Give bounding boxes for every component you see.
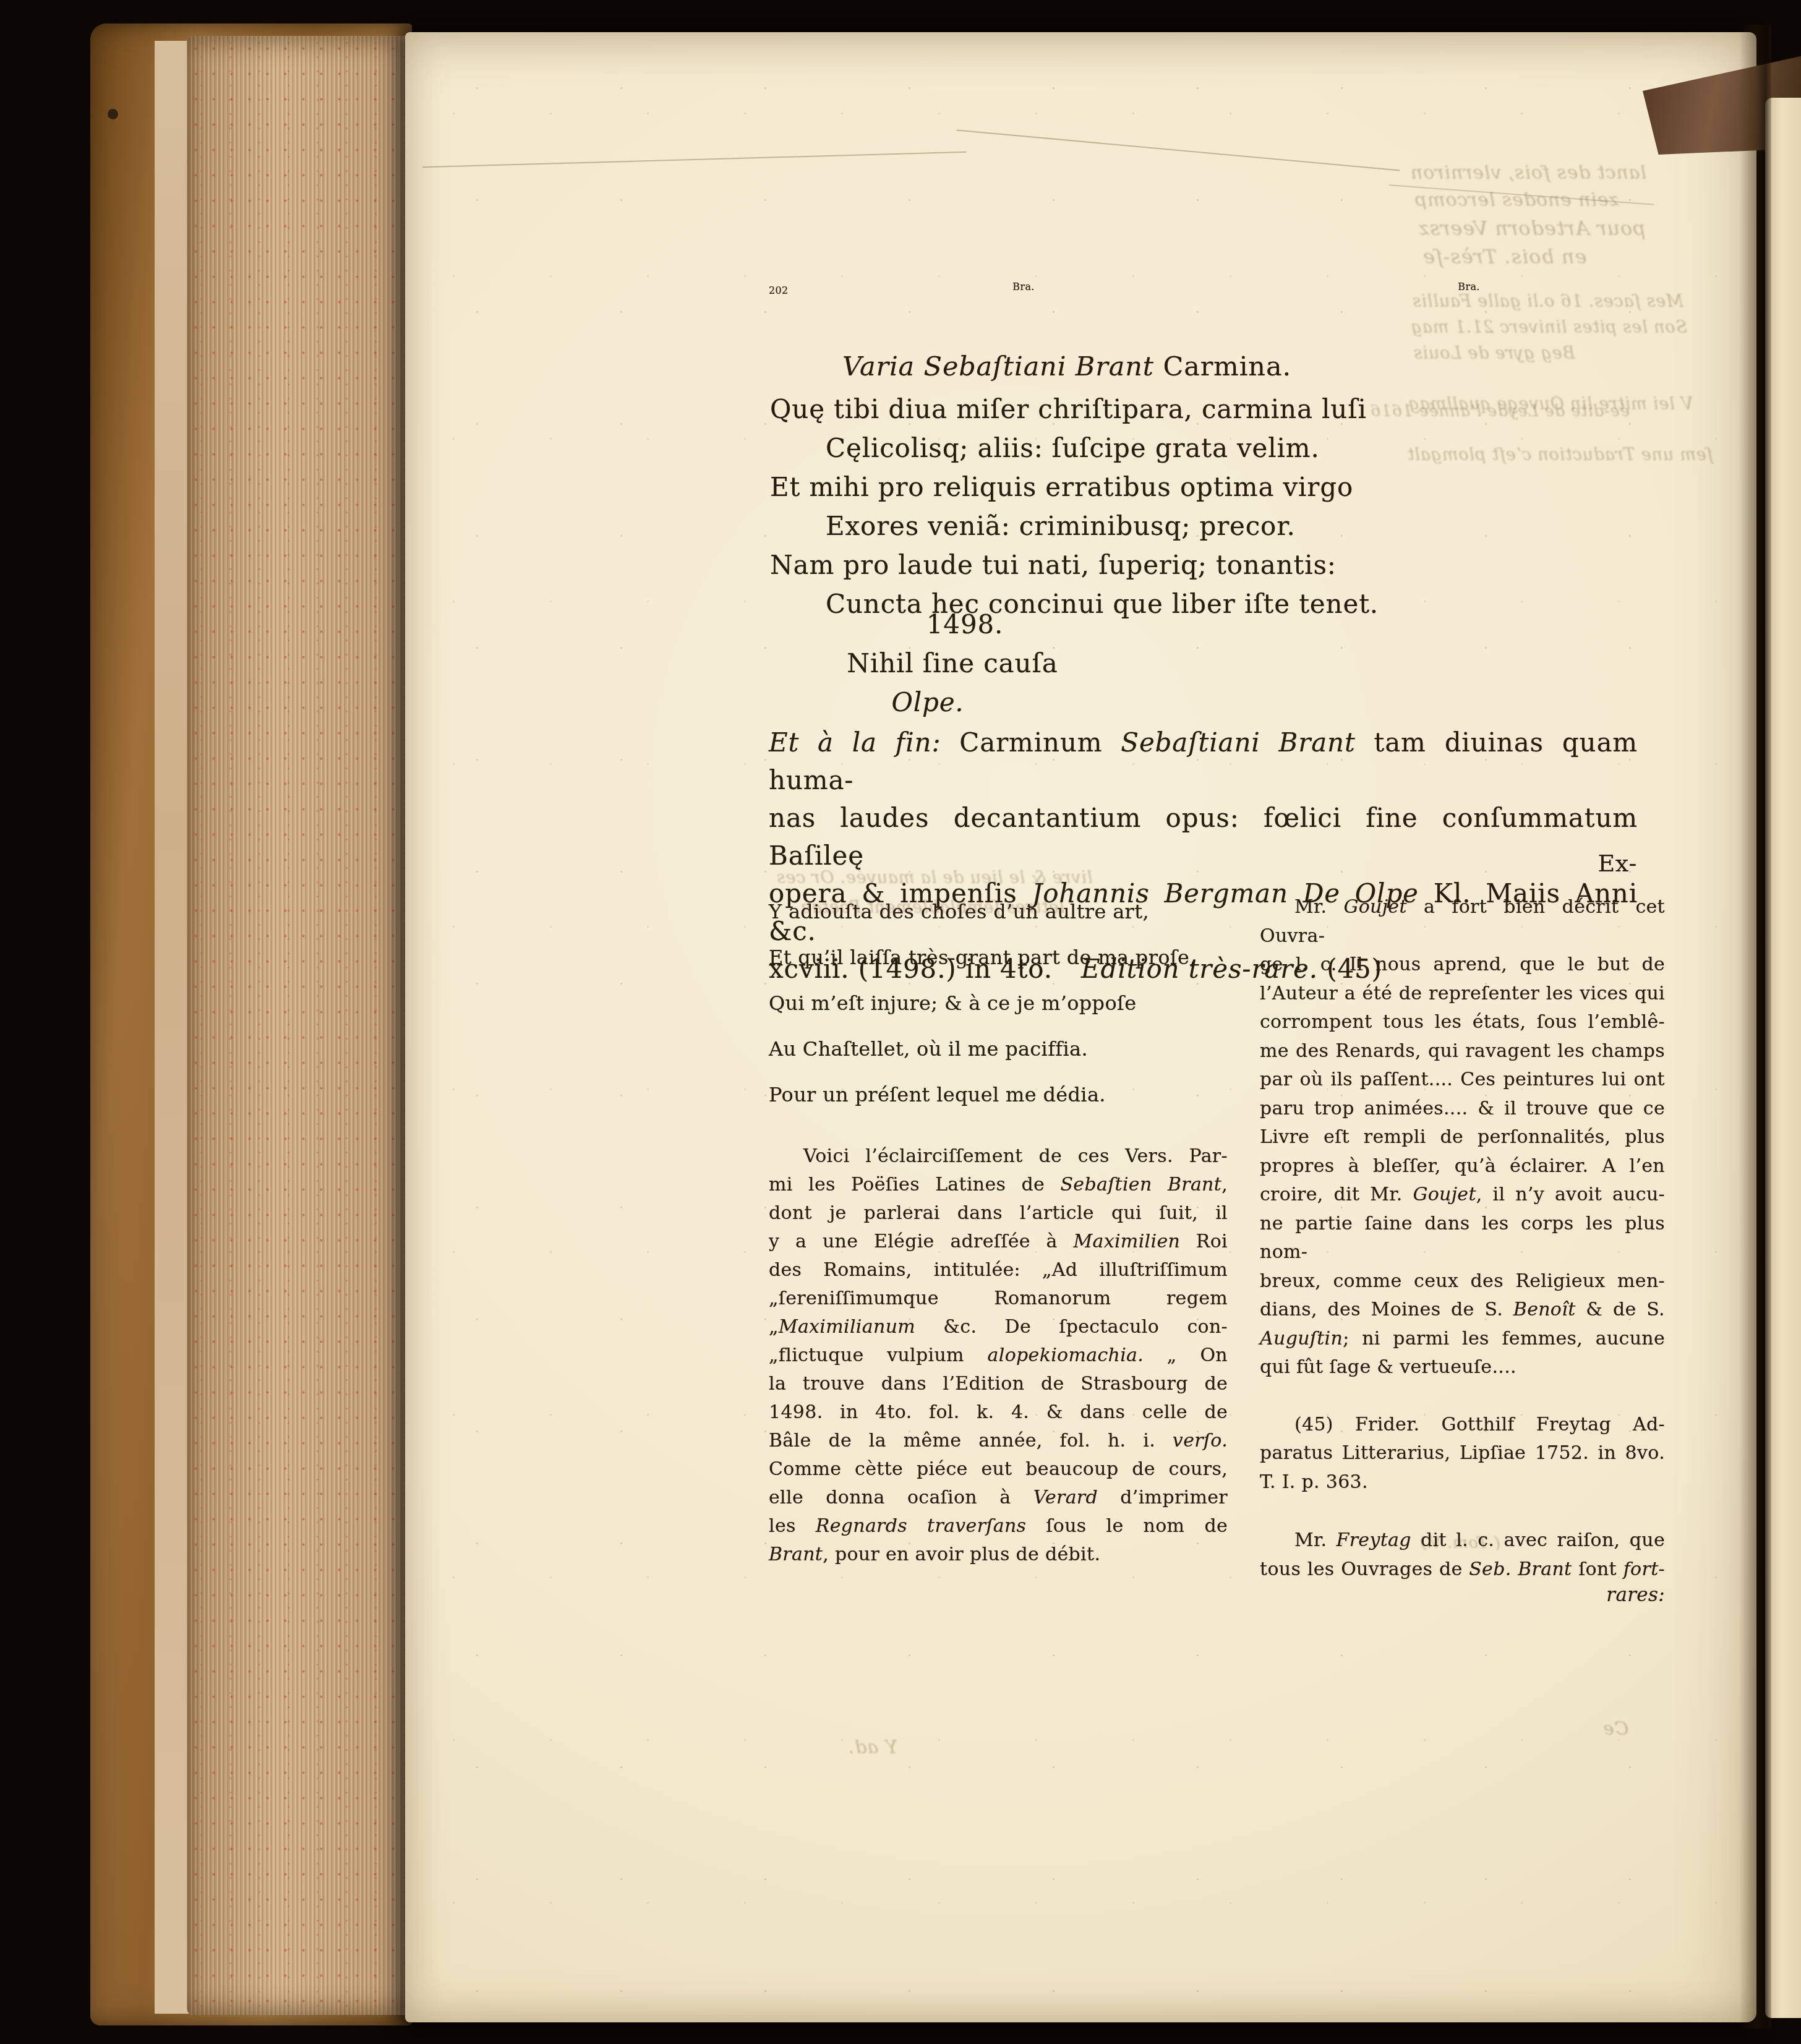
text-line: qui fût ſage & vertueuſe.... bbox=[1260, 1353, 1665, 1382]
show-through-text: zein enodes lercomp bbox=[1414, 189, 1619, 211]
text-line: „ſereniſſimumque Romanorum regem bbox=[769, 1285, 1228, 1313]
text-line: dont je parlerai dans l’article qui ſuit… bbox=[769, 1199, 1228, 1228]
text-line: „flictuque vulpium alopekiomachia. „ On bbox=[769, 1341, 1228, 1370]
gutter-shadow bbox=[1739, 25, 1771, 2029]
show-through-text: Ce bbox=[1602, 1718, 1629, 1740]
text-segment: Varia Sebaſtiani Brant bbox=[842, 351, 1154, 382]
text-line: tous les Ouvrages de Seb. Brant ſont for… bbox=[1260, 1555, 1665, 1584]
text-segment: Goujet bbox=[1343, 896, 1406, 918]
text-segment: Verard bbox=[1033, 1487, 1098, 1508]
text-line: propres à bleſſer, qu’à éclairer. A l’en bbox=[1260, 1152, 1665, 1181]
text-segment: Auguſtin bbox=[1260, 1328, 1343, 1349]
text-line: les Regnards traverſans ſous le nom de bbox=[769, 1512, 1228, 1541]
text-segment: verſo. bbox=[1173, 1430, 1228, 1452]
text-line: „Maximilianum &c. De ſpectaculo con- bbox=[769, 1313, 1228, 1341]
poem-title-line: Varia Sebaſtiani Brant Carmina. bbox=[770, 351, 1364, 382]
text-segment: Freytag bbox=[1337, 1529, 1411, 1551]
printer-name-line: Olpe. bbox=[770, 687, 1085, 717]
text-line: 1498. in 4to. fol. k. 4. & dans celle de bbox=[769, 1398, 1228, 1427]
text-line: ne partie ſaine dans les corps les plus … bbox=[1260, 1210, 1665, 1267]
text-segment: Maximilien bbox=[1073, 1231, 1180, 1252]
text-line: Et qu’il laiſſa très-grant part de ma pr… bbox=[769, 934, 1228, 980]
show-through-text: lanct des fois, vlerniron bbox=[1410, 162, 1646, 184]
text-line: (45) Frider. Gotthilf Freytag Ad- bbox=[1260, 1411, 1665, 1440]
text-line: Exores veniã: criminibusq; precor. bbox=[770, 507, 1642, 545]
running-head-right: Bra. bbox=[1407, 281, 1531, 293]
text-line: Mr. Freytag dit l. c. avec raiſon, que bbox=[1260, 1526, 1665, 1555]
text-line: Brant, pour en avoir plus de débit. bbox=[769, 1541, 1228, 1569]
text-line: ge l. c. Il nous aprend, que le but de bbox=[1260, 951, 1665, 980]
show-through-text: Y ad. bbox=[848, 1737, 897, 1758]
text-line: Y adiouſta des choſes d’un aultre art, bbox=[769, 889, 1228, 934]
text-line: Voici l’éclairciſſement de ces Vers. Par… bbox=[769, 1142, 1228, 1171]
text-line: breux, comme ceux des Religieux men- bbox=[1260, 1267, 1665, 1296]
closing-paragraph: Mr. Freytag dit l. c. avec raiſon, queto… bbox=[1260, 1526, 1665, 1584]
book-page: lanct des fois, vlernironzein enodes ler… bbox=[405, 32, 1756, 2022]
text-line: Nam pro laude tui nati, ſuperiq; tonanti… bbox=[770, 545, 1642, 584]
page-number: 202 bbox=[769, 284, 789, 296]
cover-speck bbox=[108, 109, 118, 119]
text-line: Comme cètte piéce eut beaucoup de cours, bbox=[769, 1455, 1228, 1484]
show-through-text: Mes ſaces. 16 o.li galle Faullis bbox=[1412, 292, 1683, 311]
text-segment: Seb. Brant bbox=[1469, 1559, 1572, 1580]
text-line: croire, dit Mr. Goujet, il n’y avoit auc… bbox=[1260, 1181, 1665, 1210]
text-line: T. I. p. 363. bbox=[1260, 1468, 1665, 1497]
text-segment: Maximilianum bbox=[779, 1316, 915, 1338]
book-photograph: lanct des fois, vlernironzein enodes ler… bbox=[0, 0, 1801, 2044]
text-segment: Regnards traverſans bbox=[816, 1515, 1027, 1537]
text-line: l’Auteur a été de repreſenter les vices … bbox=[1260, 980, 1665, 1009]
text-line: paratus Litterarius, Lipſiae 1752. in 8v… bbox=[1260, 1439, 1665, 1468]
text-line: Et mihi pro reliquis erratibus optima vi… bbox=[770, 468, 1642, 507]
year-heading: 1498. bbox=[770, 609, 1160, 639]
right-column-paragraph: Mr. Goujet a fort bien décrit cet Ouvra-… bbox=[1260, 893, 1665, 1382]
text-line: me des Renards, qui ravagent les champs bbox=[1260, 1037, 1665, 1066]
text-line: la trouve dans l’Edition de Strasbourg d… bbox=[769, 1370, 1228, 1398]
show-through-text: Beg gyre de Louis bbox=[1413, 344, 1575, 363]
text-line: elle donna ocaſion à Verard d’imprimer bbox=[769, 1484, 1228, 1512]
text-line: Pour un préſent lequel me dédia. bbox=[769, 1072, 1228, 1118]
text-segment: Sebaſtiani Brant bbox=[1121, 727, 1355, 758]
text-segment: Goujet bbox=[1413, 1184, 1476, 1205]
text-line: Qui m’eſt injure; & à ce je m’oppoſe bbox=[769, 980, 1228, 1026]
text-segment: Et à la fin: bbox=[769, 727, 941, 758]
right-column: Mr. Goujet a fort bien décrit cet Ouvra-… bbox=[1260, 893, 1665, 1606]
show-through-text: en bois. Très-ſe bbox=[1422, 245, 1586, 268]
left-column-paragraph: Voici l’éclairciſſement de ces Vers. Par… bbox=[769, 1142, 1228, 1569]
text-line: Quę tibi diua miſer chriſtipara, carmina… bbox=[770, 390, 1642, 429]
text-line: dians, des Moines de S. Benoît & de S. bbox=[1260, 1296, 1665, 1325]
page-block-edges bbox=[187, 36, 413, 2015]
text-line: des Romains, intitulée: „Ad illuſtriſſim… bbox=[769, 1256, 1228, 1285]
text-line: Livre eſt rempli de perſonnalités, plus bbox=[1260, 1123, 1665, 1152]
text-line: mi les Poëſies Latines de Sebaſtien Bran… bbox=[769, 1171, 1228, 1199]
show-through-text: pour Artedorn Veersz bbox=[1418, 216, 1646, 240]
text-line: Cęlicolisq; aliis: ſuſcipe grata velim. bbox=[770, 429, 1642, 468]
text-segment: fort- bbox=[1623, 1559, 1665, 1580]
text-line: paru trop animées.... & il trouve que ce bbox=[1260, 1095, 1665, 1124]
text-line: Au Chaſtellet, où il me paciffia. bbox=[769, 1026, 1228, 1072]
footnote-45: (45) Frider. Gotthilf Freytag Ad-paratus… bbox=[1260, 1411, 1665, 1497]
motto-line: Nihil ſine cauſa bbox=[770, 648, 1135, 678]
text-line: Mr. Goujet a fort bien décrit cet Ouvra- bbox=[1260, 893, 1665, 951]
text-segment: Sebaſtien Brant bbox=[1060, 1174, 1221, 1195]
text-line: Auguſtin; ni parmi les femmes, aucune bbox=[1260, 1325, 1665, 1354]
text-segment: Brant bbox=[769, 1544, 823, 1565]
quoted-french-verse: Y adiouſta des choſes d’un aultre art,Et… bbox=[769, 889, 1228, 1118]
show-through-text: Son les pites liniverc 21.1 mag bbox=[1411, 318, 1687, 337]
text-line: Bâle de la même année, fol. h. i. verſo. bbox=[769, 1427, 1228, 1455]
text-line: Et à la fin: Carminum Sebaſtiani Brant t… bbox=[769, 724, 1638, 799]
text-line: corrompent tous les états, ſous l’emblê- bbox=[1260, 1008, 1665, 1037]
catchword-rares: rares: bbox=[1260, 1584, 1665, 1606]
running-head-left: Bra. bbox=[962, 281, 1085, 293]
column-catchword-ex: Ex- bbox=[1333, 850, 1637, 877]
left-column: Y adiouſta des choſes d’un aultre art,Et… bbox=[769, 889, 1228, 1569]
text-segment: Carmina. bbox=[1154, 351, 1291, 382]
text-line: par où ils paſſent.... Ces peintures lui… bbox=[1260, 1066, 1665, 1095]
text-segment: alopekiomachia. bbox=[988, 1345, 1144, 1366]
text-segment: Benoît bbox=[1513, 1299, 1576, 1320]
text-line: y a une Elégie adreſſée à Maximilien Roi bbox=[769, 1228, 1228, 1256]
latin-verse-block: Quę tibi diua miſer chriſtipara, carmina… bbox=[770, 390, 1642, 623]
